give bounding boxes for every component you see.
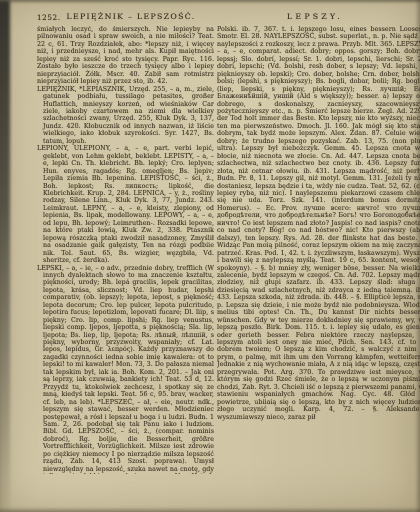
text-paragraph: śmiałych leczyć, do śmierszych. Nie lepi… — [37, 26, 214, 86]
column-left: śmiałych leczyć, do śmierszych. Nie lepi… — [37, 26, 214, 474]
text-columns: śmiałych leczyć, do śmierszych. Nie lepi… — [0, 26, 420, 474]
column-right: Polski. ib. 7, 367. t. i. lepszego losu,… — [217, 26, 420, 474]
text-paragraph: LEPIONY, ULEPIONY, – a, – e, part. verbi… — [37, 145, 214, 264]
text-paragraph: LEPIĘŻNIK, *LEPIASZNIK, Urzęd. 255, – a,… — [37, 86, 214, 146]
running-head-right: LEPSZY. — [217, 12, 413, 21]
text-paragraph: Polski. ib. 7, 367. t. i. lepszego losu,… — [217, 26, 420, 421]
scan-edge-top — [0, 0, 420, 4]
book-page-scan: 1252. LEPIĘŻNIK – LEPSZOŚĆ. LEPSZY. śmia… — [0, 0, 420, 512]
running-head-left: LEPIĘŻNIK – LEPSZOŚĆ. — [52, 12, 210, 21]
scan-edge-bottom — [0, 507, 420, 512]
running-head: 1252. LEPIĘŻNIK – LEPSZOŚĆ. LEPSZY. — [0, 12, 420, 24]
text-paragraph: LEPSKI, – a, – ie, – o adv., przednie do… — [37, 265, 214, 475]
